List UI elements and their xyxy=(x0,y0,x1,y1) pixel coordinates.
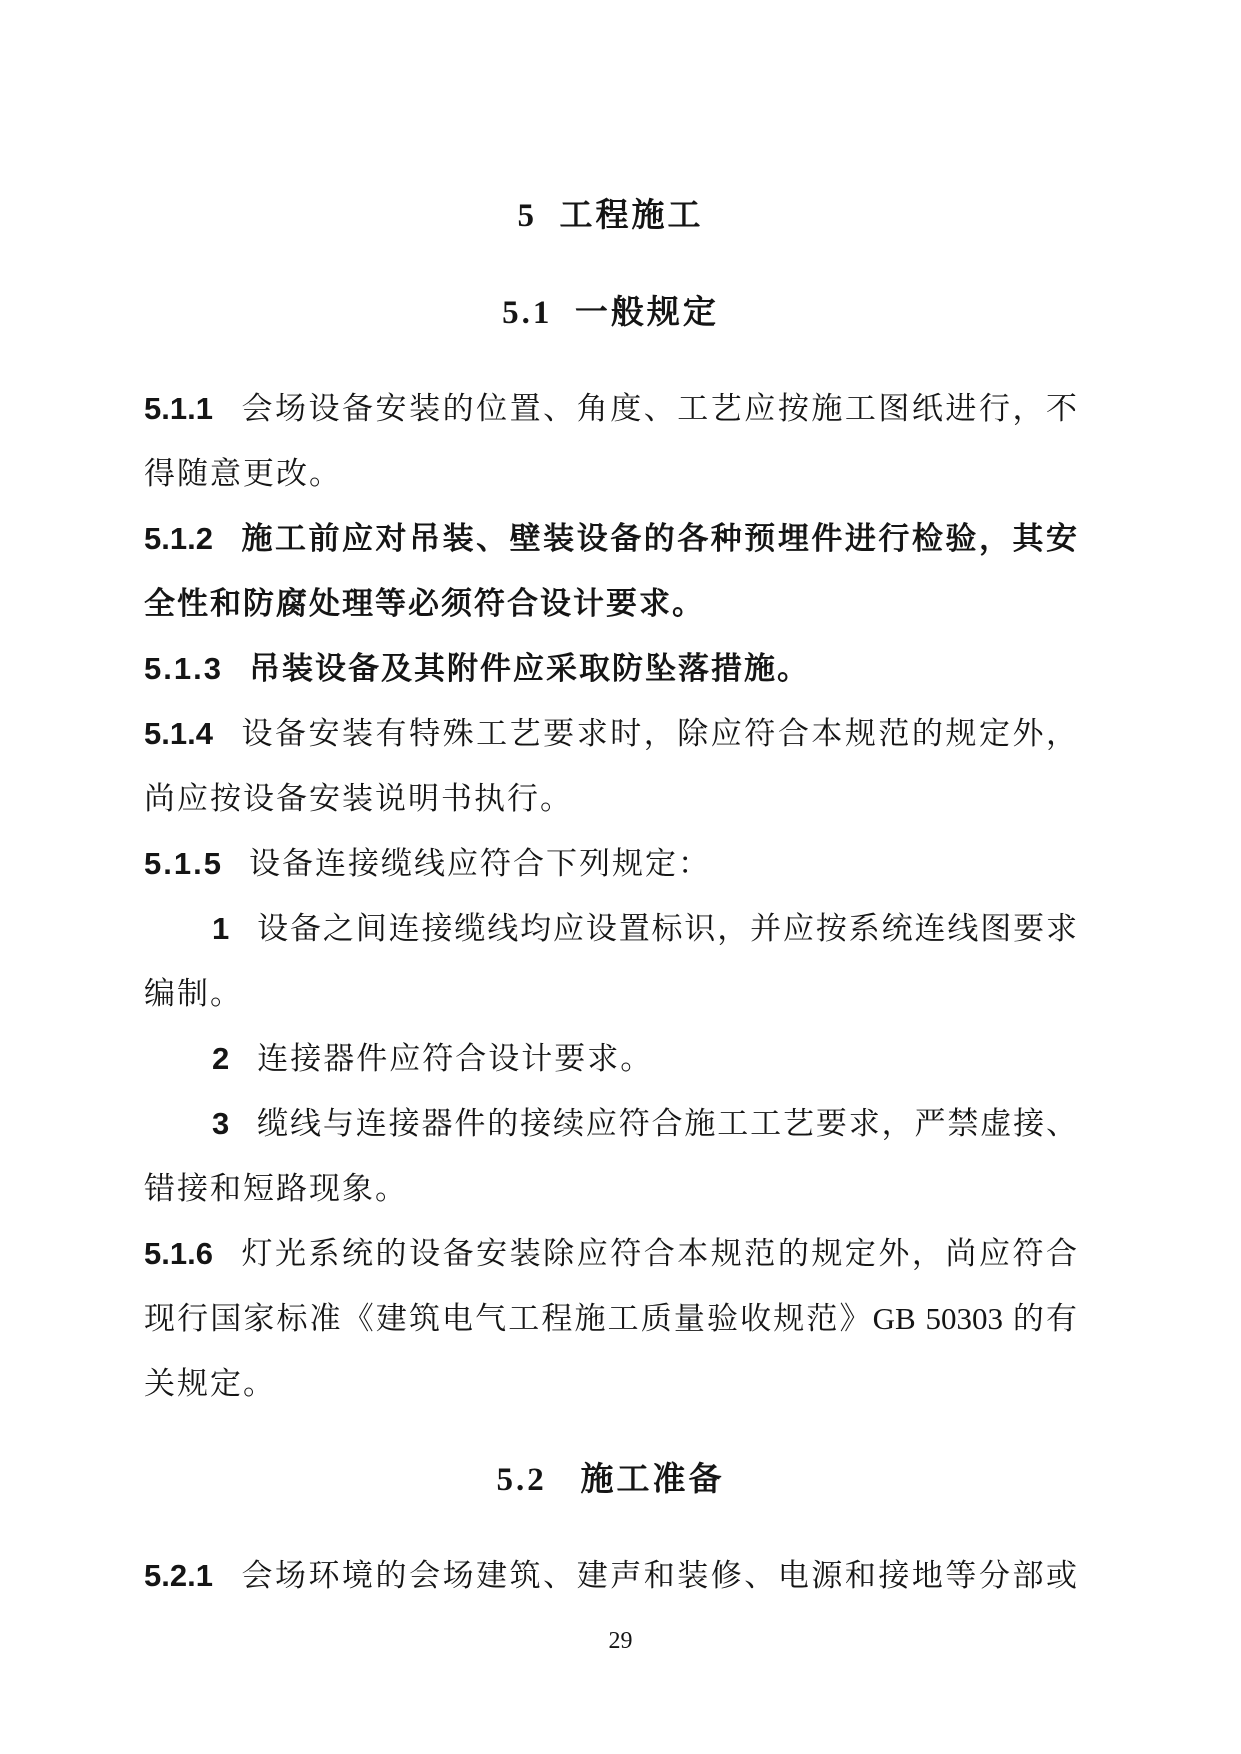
clause-5-1-5-item-3-line-1: 3缆线与连接器件的接续应符合施工工艺要求，严禁虚接、 xyxy=(144,1091,1077,1156)
clause-5-1-5-item-1-text-2: 编制。 xyxy=(144,976,243,1011)
clause-5-1-1-text-1: 会场设备安装的位置、角度、工艺应按施工图纸进行，不 xyxy=(239,391,1077,426)
section-5-2-title-line-1: 5.2 施工准备 xyxy=(144,1446,1077,1513)
clause-5-1-5-item-3-text-2: 错接和短路现象。 xyxy=(144,1171,408,1206)
clause-5-1-5-item-3-number: 3 xyxy=(212,1106,229,1141)
section-5-1-title-text-1: 5.1 一般规定 xyxy=(502,295,719,331)
clause-5-1-4-number: 5.1.4 xyxy=(144,716,213,751)
clause-5-2-1-number: 5.2.1 xyxy=(144,1558,213,1593)
clause-5-1-6-line-1: 5.1.6灯光系统的设备安装除应符合本规范的规定外，尚应符合 xyxy=(144,1221,1077,1286)
clause-5-1-5-line-1: 5.1.5设备连接缆线应符合下列规定： xyxy=(144,831,1077,896)
clause-5-1-5-item-1: 1设备之间连接缆线均应设置标识，并应按系统连线图要求编制。 xyxy=(144,896,1077,1026)
clause-5-1-5-item-1-number: 1 xyxy=(212,911,229,946)
page-number: 29 xyxy=(0,1626,1241,1656)
clause-5-1-1-line-1: 5.1.1会场设备安装的位置、角度、工艺应按施工图纸进行，不 xyxy=(144,376,1077,441)
clause-5-1-1: 5.1.1会场设备安装的位置、角度、工艺应按施工图纸进行，不得随意更改。 xyxy=(144,376,1077,506)
clause-5-1-2-line-1: 5.1.2施工前应对吊装、壁装设备的各种预埋件进行检验，其安 xyxy=(144,506,1077,571)
clause-5-1-5-item-1-line-2: 编制。 xyxy=(144,961,1077,1026)
clause-5-1-5-item-2-line-1: 2连接器件应符合设计要求。 xyxy=(144,1026,1077,1091)
clause-5-1-6-line-3: 关规定。 xyxy=(144,1351,1077,1416)
clause-5-1-5-text-1: 设备连接缆线应符合下列规定： xyxy=(249,846,711,881)
chapter-5-title: 5 工程施工 xyxy=(144,182,1077,249)
clause-5-1-4: 5.1.4设备安装有特殊工艺要求时，除应符合本规范的规定外，尚应按设备安装说明书… xyxy=(144,701,1077,831)
clause-5-1-2-line-2: 全性和防腐处理等必须符合设计要求。 xyxy=(144,571,1077,636)
clause-5-1-3-text-1: 吊装设备及其附件应采取防坠落措施。 xyxy=(249,651,810,686)
section-5-1-title: 5.1 一般规定 xyxy=(144,279,1077,346)
clause-5-1-5-item-3-text-1: 缆线与连接器件的接续应符合施工工艺要求，严禁虚接、 xyxy=(255,1106,1077,1141)
clause-5-1-5: 5.1.5设备连接缆线应符合下列规定： xyxy=(144,831,1077,896)
section-5-2-title-text-1: 5.2 施工准备 xyxy=(497,1462,725,1498)
clause-5-1-1-line-2: 得随意更改。 xyxy=(144,441,1077,506)
clause-5-1-4-text-1: 设备安装有特殊工艺要求时，除应符合本规范的规定外， xyxy=(239,716,1077,751)
section-5-1-title-line-1: 5.1 一般规定 xyxy=(144,279,1077,346)
chapter-5-title-text-1: 5 工程施工 xyxy=(518,198,704,234)
clause-5-1-6-number: 5.1.6 xyxy=(144,1236,213,1271)
clause-5-1-5-item-1-text-1: 设备之间连接缆线均应设置标识，并应按系统连线图要求 xyxy=(255,911,1077,946)
document-body: 5 工程施工5.1 一般规定5.1.1会场设备安装的位置、角度、工艺应按施工图纸… xyxy=(144,182,1077,1608)
section-5-2-title: 5.2 施工准备 xyxy=(144,1446,1077,1513)
clause-5-1-1-text-2: 得随意更改。 xyxy=(144,456,342,491)
clause-5-1-5-item-2: 2连接器件应符合设计要求。 xyxy=(144,1026,1077,1091)
clause-5-1-5-item-2-text-1: 连接器件应符合设计要求。 xyxy=(257,1041,653,1076)
clause-5-1-4-text-2: 尚应按设备安装说明书执行。 xyxy=(144,781,573,816)
clause-5-1-4-line-2: 尚应按设备安装说明书执行。 xyxy=(144,766,1077,831)
clause-5-1-6: 5.1.6灯光系统的设备安装除应符合本规范的规定外，尚应符合现行国家标准《建筑电… xyxy=(144,1221,1077,1416)
clause-5-1-5-item-2-number: 2 xyxy=(212,1041,231,1076)
clause-5-1-4-line-1: 5.1.4设备安装有特殊工艺要求时，除应符合本规范的规定外， xyxy=(144,701,1077,766)
clause-5-1-1-number: 5.1.1 xyxy=(144,391,213,426)
clause-5-1-2-number: 5.1.2 xyxy=(144,521,213,556)
clause-5-1-3-line-1: 5.1.3吊装设备及其附件应采取防坠落措施。 xyxy=(144,636,1077,701)
clause-5-1-5-item-3-line-2: 错接和短路现象。 xyxy=(144,1156,1077,1221)
clause-5-1-6-text-2: 现行国家标准《建筑电气工程施工质量验收规范》GB 50303 的有 xyxy=(144,1301,1077,1336)
clause-5-1-3-number: 5.1.3 xyxy=(144,651,223,686)
clause-5-1-5-item-3: 3缆线与连接器件的接续应符合施工工艺要求，严禁虚接、错接和短路现象。 xyxy=(144,1091,1077,1221)
clause-5-2-1: 5.2.1会场环境的会场建筑、建声和装修、电源和接地等分部或 xyxy=(144,1543,1077,1608)
document-page: 5 工程施工5.1 一般规定5.1.1会场设备安装的位置、角度、工艺应按施工图纸… xyxy=(0,0,1241,1754)
clause-5-1-2: 5.1.2施工前应对吊装、壁装设备的各种预埋件进行检验，其安全性和防腐处理等必须… xyxy=(144,506,1077,636)
clause-5-1-2-text-2: 全性和防腐处理等必须符合设计要求。 xyxy=(144,586,705,621)
clause-5-1-6-text-1: 灯光系统的设备安装除应符合本规范的规定外，尚应符合 xyxy=(239,1236,1077,1271)
clause-5-1-5-number: 5.1.5 xyxy=(144,846,223,881)
clause-5-1-3: 5.1.3吊装设备及其附件应采取防坠落措施。 xyxy=(144,636,1077,701)
clause-5-2-1-line-1: 5.2.1会场环境的会场建筑、建声和装修、电源和接地等分部或 xyxy=(144,1543,1077,1608)
clause-5-1-2-text-1: 施工前应对吊装、壁装设备的各种预埋件进行检验，其安 xyxy=(239,521,1077,556)
clause-5-2-1-text-1: 会场环境的会场建筑、建声和装修、电源和接地等分部或 xyxy=(239,1558,1077,1593)
clause-5-1-5-item-1-line-1: 1设备之间连接缆线均应设置标识，并应按系统连线图要求 xyxy=(144,896,1077,961)
clause-5-1-6-line-2: 现行国家标准《建筑电气工程施工质量验收规范》GB 50303 的有 xyxy=(144,1286,1077,1351)
clause-5-1-6-text-3: 关规定。 xyxy=(144,1366,276,1401)
chapter-5-title-line-1: 5 工程施工 xyxy=(144,182,1077,249)
